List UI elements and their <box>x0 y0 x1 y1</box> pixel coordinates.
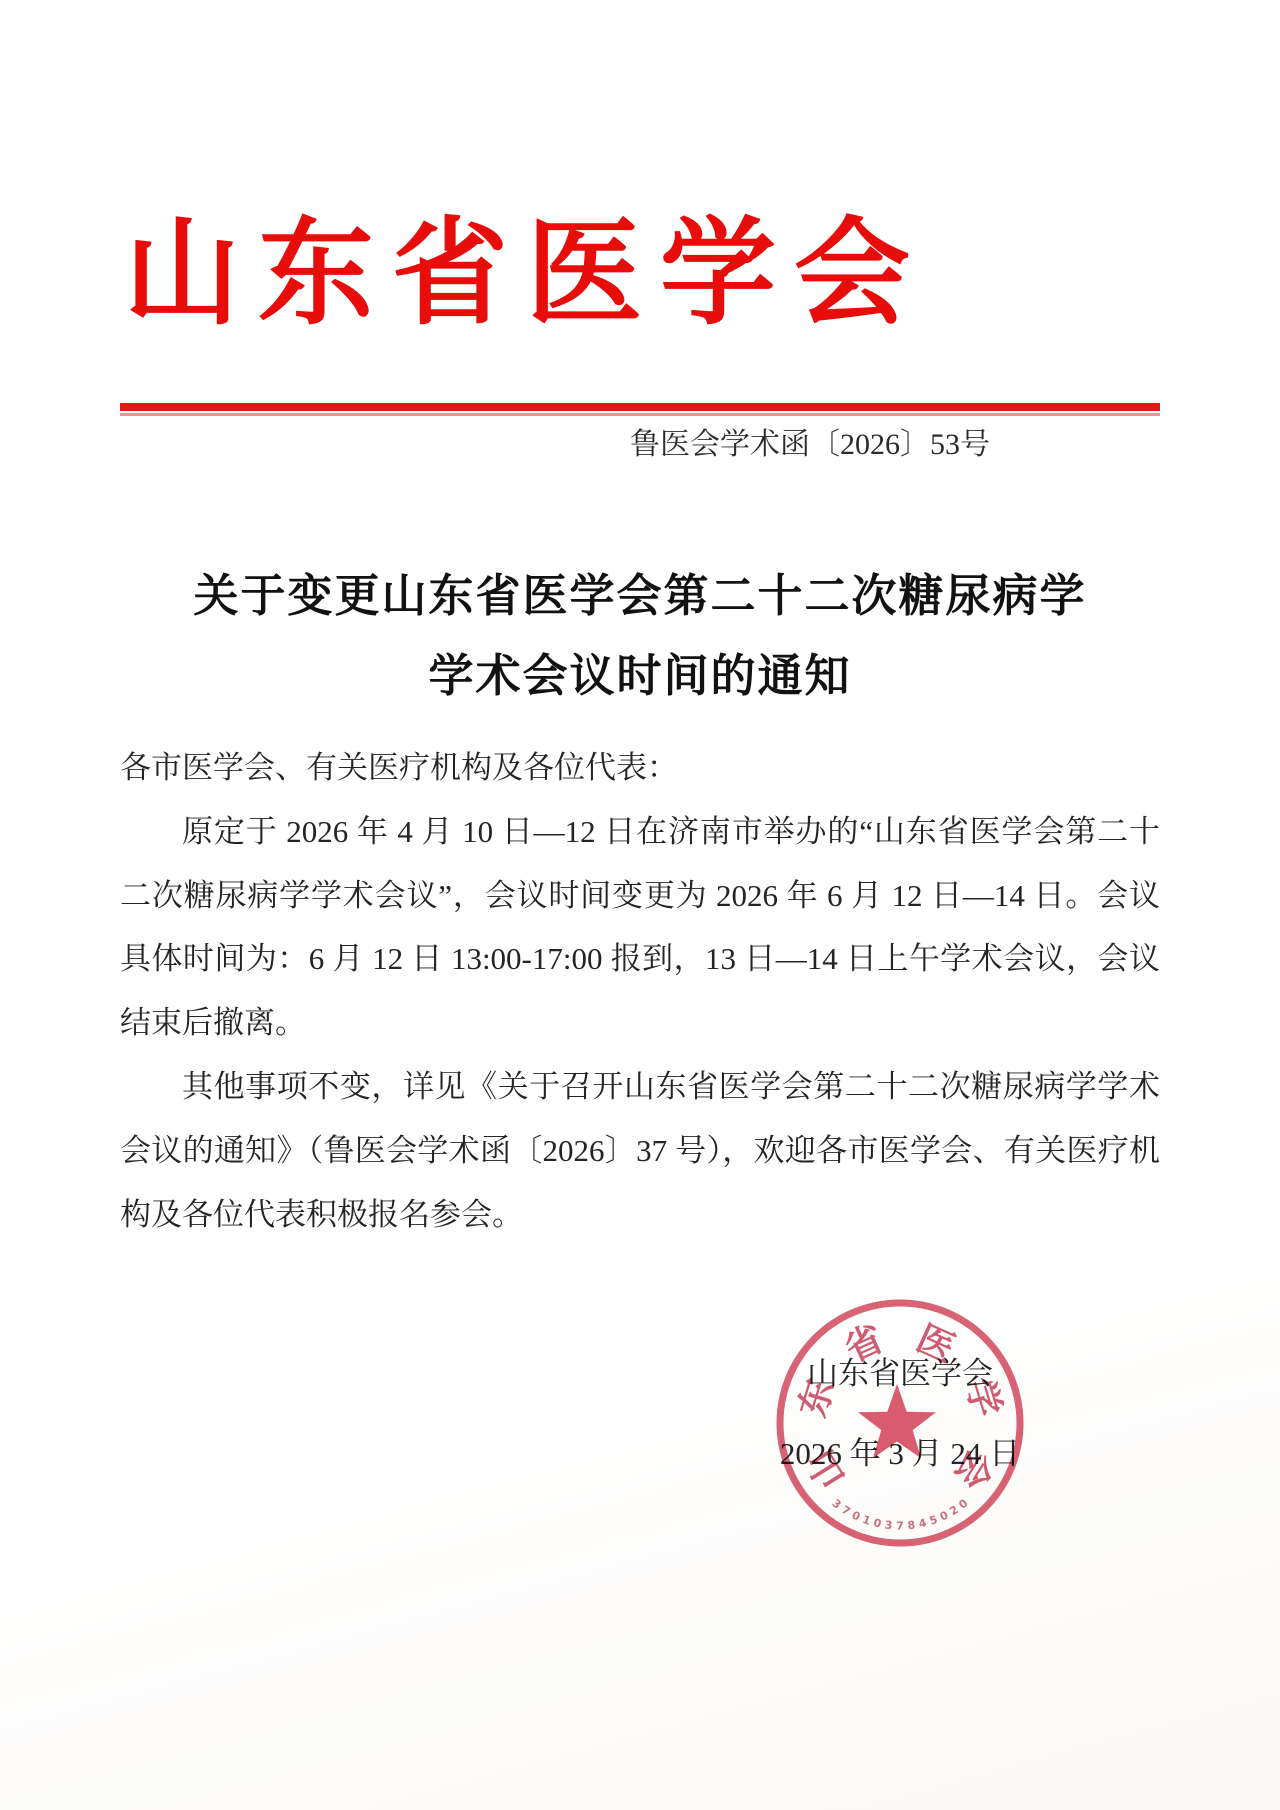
salutation: 各市医学会、有关医疗机构及各位代表： <box>120 736 1160 800</box>
notice-title-line1: 关于变更山东省医学会第二十二次糖尿病学 <box>120 556 1160 636</box>
svg-text:山: 山 <box>800 1442 854 1495</box>
svg-text:7: 7 <box>896 1520 904 1533</box>
body-paragraph-1: 原定于 2026 年 4 月 10 日—12 日在济南市举办的“山东省医学会第二… <box>120 800 1160 1055</box>
svg-text:省: 省 <box>839 1317 890 1371</box>
seal-star-icon <box>858 1384 936 1458</box>
notice-title: 关于变更山东省医学会第二十二次糖尿病学 学术会议时间的通知 <box>120 556 1160 716</box>
svg-text:7: 7 <box>839 1503 852 1518</box>
svg-text:5: 5 <box>928 1513 939 1528</box>
seal-code: 3701037845020 <box>830 1496 971 1532</box>
official-seal: 山东省医学会 3701037845020 <box>768 1291 1032 1555</box>
svg-text:3: 3 <box>884 1518 893 1532</box>
svg-text:0: 0 <box>956 1496 970 1511</box>
svg-text:0: 0 <box>872 1516 883 1530</box>
svg-text:学: 学 <box>957 1374 1008 1422</box>
notice-document-page: 山东省医学会 鲁医会学术函〔2026〕53号 关于变更山东省医学会第二十二次糖尿… <box>0 0 1280 1810</box>
red-header-rule-thin <box>120 413 1160 416</box>
svg-text:会: 会 <box>946 1442 1001 1496</box>
body-paragraph-2: 其他事项不变，详见《关于召开山东省医学会第二十二次糖尿病学学术会议的通知》（鲁医… <box>120 1055 1160 1246</box>
org-name-header: 山东省医学会 <box>120 200 1164 350</box>
svg-text:0: 0 <box>850 1509 863 1524</box>
doc-reference-number: 鲁医会学术函〔2026〕53号 <box>120 422 1160 468</box>
notice-body: 各市医学会、有关医疗机构及各位代表： 原定于 2026 年 4 月 10 日—1… <box>120 736 1160 1246</box>
svg-text:医: 医 <box>910 1318 961 1371</box>
red-header-rule-thick <box>120 403 1160 411</box>
svg-text:8: 8 <box>907 1518 916 1532</box>
svg-text:4: 4 <box>917 1516 928 1530</box>
svg-text:1: 1 <box>861 1513 872 1528</box>
notice-title-line2: 学术会议时间的通知 <box>120 636 1160 716</box>
svg-text:东: 东 <box>792 1374 843 1422</box>
red-header-rule <box>120 403 1160 416</box>
